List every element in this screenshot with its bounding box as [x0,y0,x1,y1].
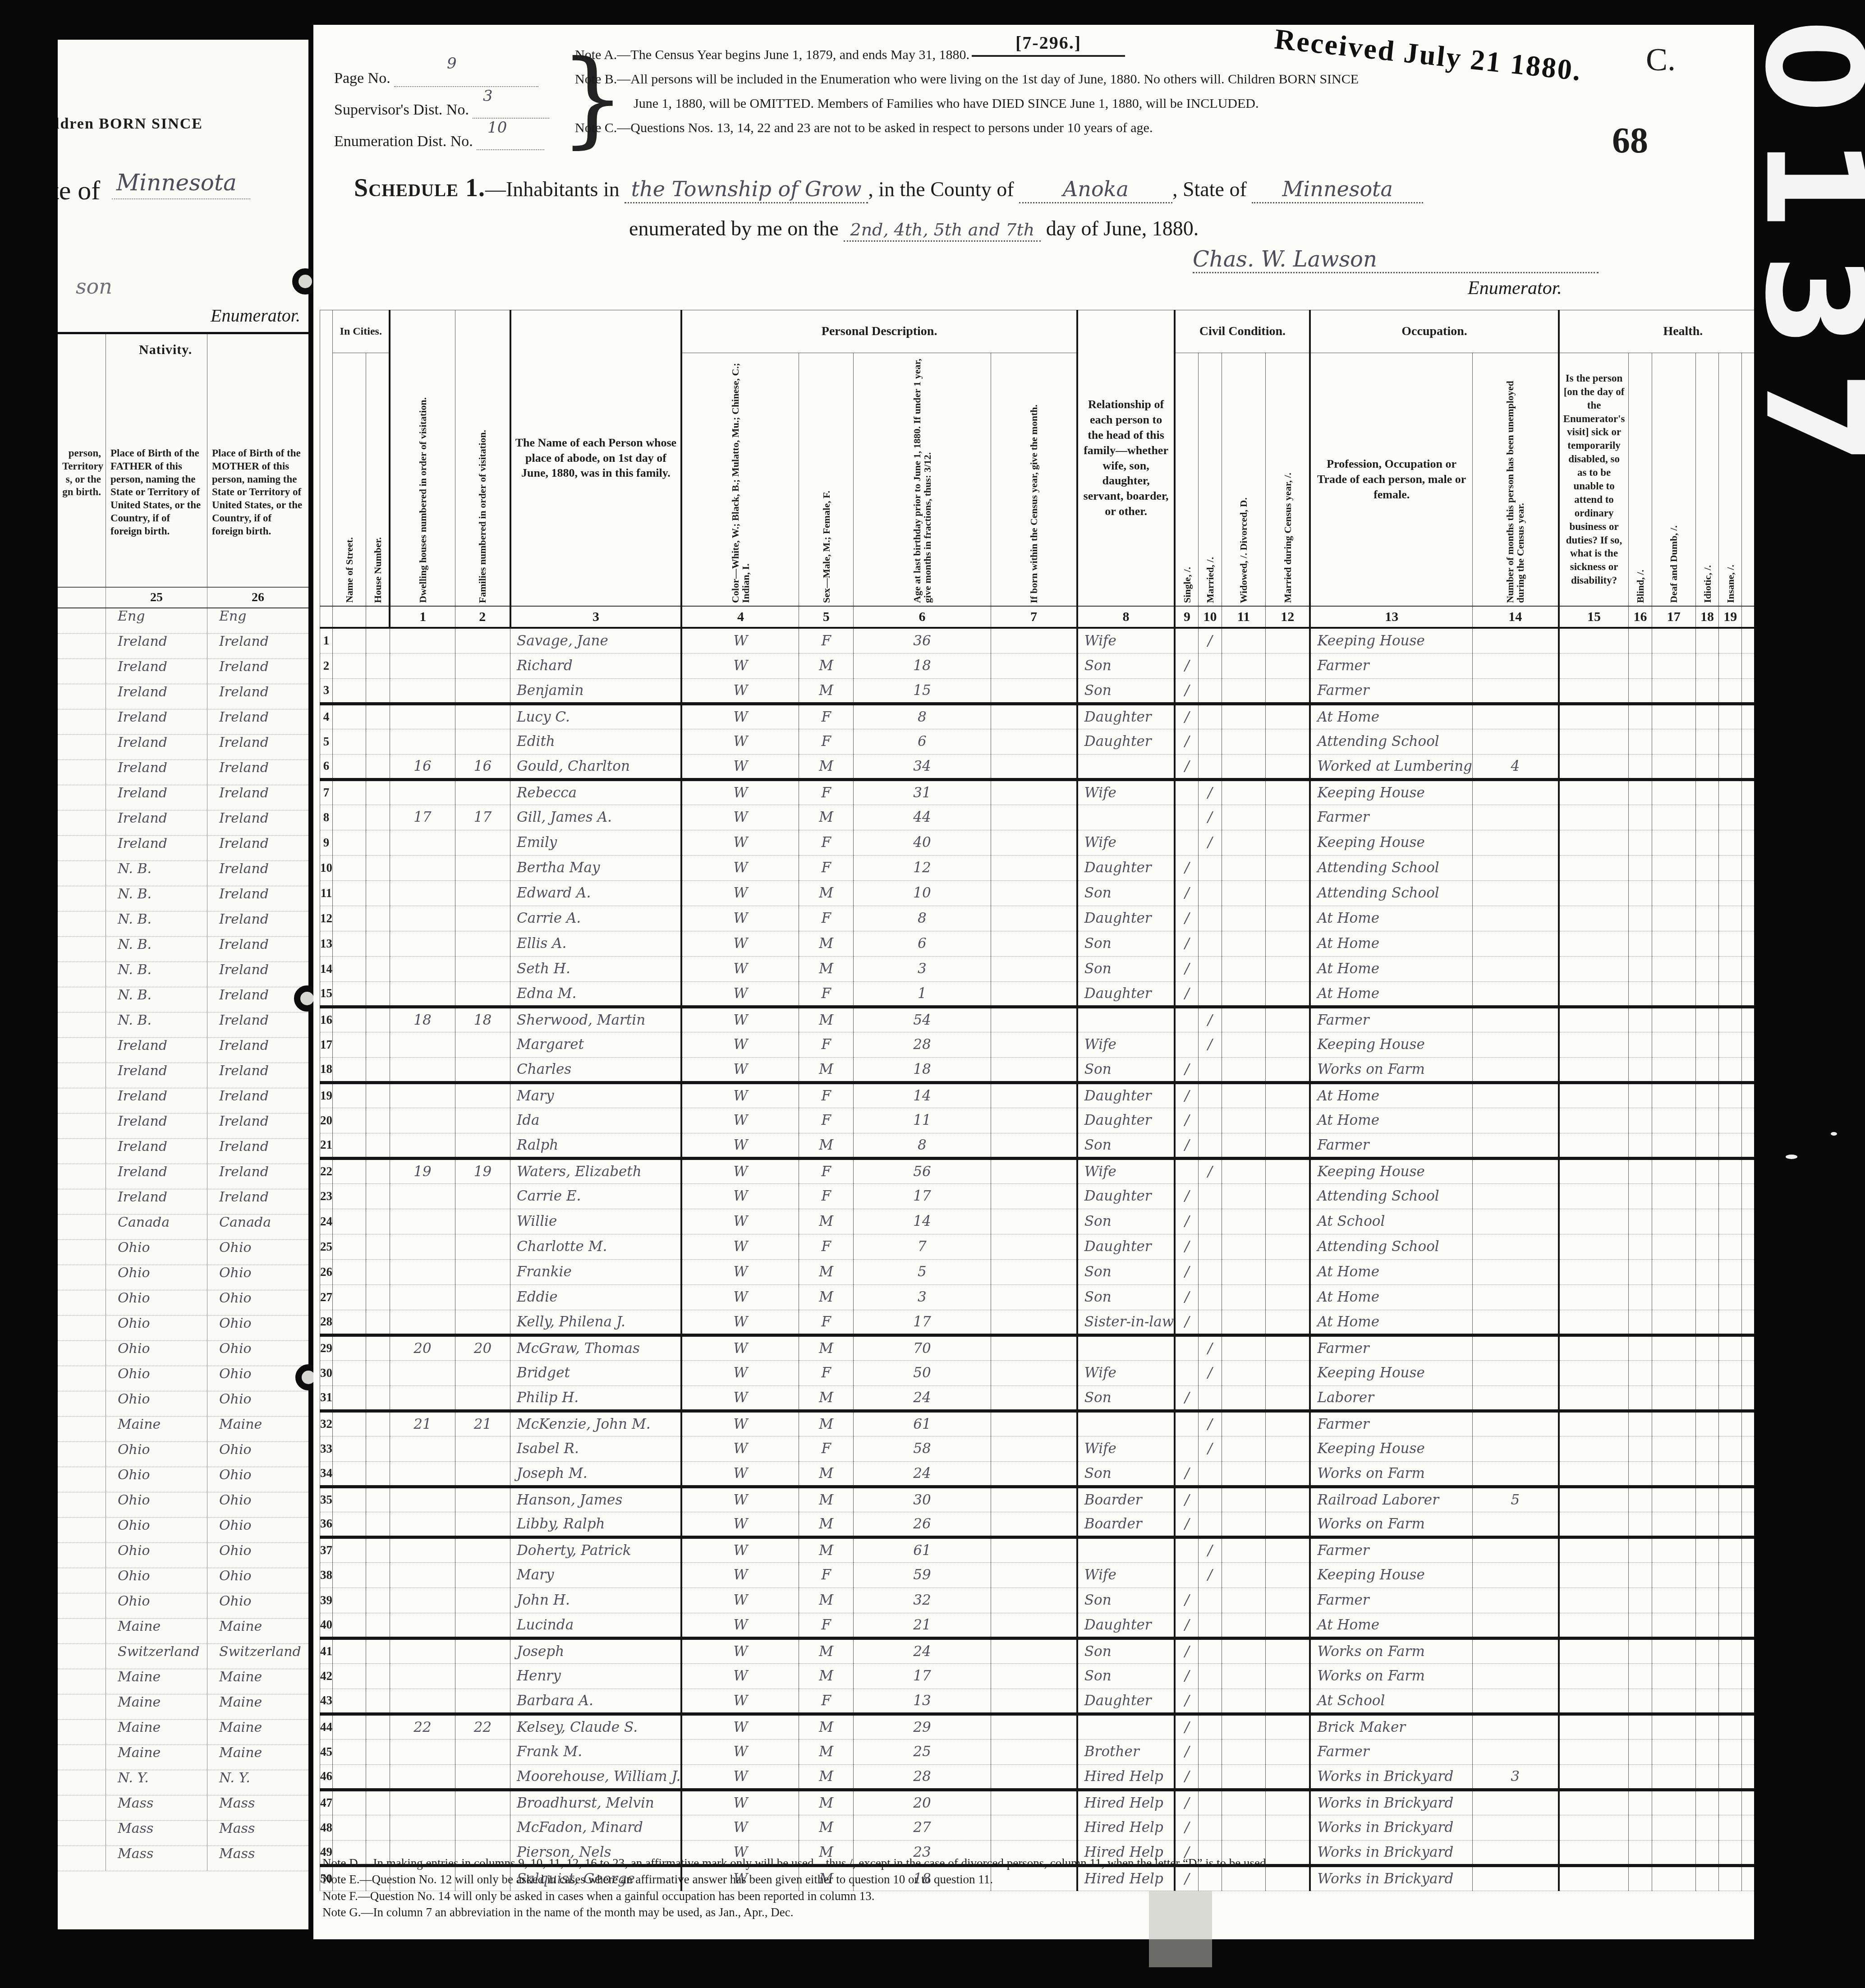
c10-header: Married, /. [1199,353,1222,607]
line-number-left: 33 [320,1436,333,1461]
occupation: At Home [1310,704,1472,729]
idiotic-mark [1696,678,1719,704]
blind-mark [1629,678,1652,704]
married-mark [1199,981,1222,1007]
color: W [681,1057,799,1082]
single-mark: / [1175,1689,1199,1714]
c6-header: Age at last birthday prior to June 1, 18… [853,353,991,607]
street-cell [333,1133,366,1158]
sickness [1559,1259,1629,1284]
married-mark [1199,1815,1222,1840]
maimed-mark [1742,805,1754,830]
widowed-mark [1222,678,1265,704]
relationship: Son [1077,1663,1175,1689]
blind-mark [1629,1158,1652,1183]
age: 12 [853,855,991,880]
line-number-left: 31 [320,1385,333,1411]
line-number-left: 48 [320,1815,333,1840]
unemployed-months [1472,1411,1558,1436]
deaf-dumb-mark [1652,1663,1695,1689]
line-number-left: 22 [320,1158,333,1183]
prev-mother-birthplace: Ireland [207,886,308,911]
prev-mother-birthplace: Ireland [207,836,308,861]
street-cell [333,1360,366,1385]
prev-father-birthplace: Mass [106,1846,207,1871]
relationship: Son [1077,1259,1175,1284]
relationship: Daughter [1077,1234,1175,1259]
relationship: Wife [1077,628,1175,653]
deaf-dumb-mark [1652,1790,1695,1815]
idiotic-mark [1696,628,1719,653]
age: 18 [853,653,991,678]
maimed-mark [1742,1360,1754,1385]
color: W [681,1108,799,1133]
insane-mark [1719,1133,1742,1158]
unemployed-months: 3 [1472,1764,1558,1790]
single-mark: / [1175,880,1199,906]
insane-mark [1719,1764,1742,1790]
unemployed-months [1472,906,1558,931]
street-cell [333,1310,366,1335]
line-number-left: 13 [320,931,333,956]
census-row-43: 43Barbara A.WF13Daughter/At School/Minn.… [320,1689,1755,1714]
street-cell [333,1689,366,1714]
sex: F [799,1562,853,1588]
column-number-12: 12 [1266,606,1310,628]
prev-row-10: IrelandIreland [58,836,308,861]
occupation: Keeping House [1310,1562,1472,1588]
insane-mark [1719,1638,1742,1663]
occupation: Works in Brickyard [1310,1790,1472,1815]
relationship: Son [1077,1057,1175,1082]
c17-header: Deaf and Dumb, /. [1652,353,1695,607]
deaf-dumb-mark [1652,1133,1695,1158]
widowed-mark [1222,653,1265,678]
prev-row-27: OhioOhio [58,1265,308,1290]
maimed-mark [1742,855,1754,880]
column-number-16: 16 [1629,606,1652,628]
deaf-dumb-mark [1652,653,1695,678]
prev-mother-birthplace: Ohio [207,1518,308,1542]
sickness [1559,1209,1629,1234]
age: 3 [853,1284,991,1310]
sex: M [799,1714,853,1739]
prev-father-birthplace: N. B. [106,962,207,987]
birth-month [991,1284,1077,1310]
relationship: Wife [1077,830,1175,855]
married-mark [1199,1108,1222,1133]
insane-mark [1719,1360,1742,1385]
enumeration-dist-value: 10 [487,119,507,137]
occupation: Keeping House [1310,628,1472,653]
sickness [1559,1613,1629,1638]
street-cell [333,1234,366,1259]
insane-mark [1719,906,1742,931]
color: W [681,1613,799,1638]
relationship: Hired Help [1077,1790,1175,1815]
occupation: At Home [1310,931,1472,956]
widowed-mark [1222,830,1265,855]
married-census-year-mark [1266,1638,1310,1663]
street-cell [333,1764,366,1790]
house-cell [366,1714,390,1739]
street-cell [333,1739,366,1764]
maimed-mark [1742,880,1754,906]
unemployed-months [1472,1133,1558,1158]
occupation: Laborer [1310,1385,1472,1411]
census-row-41: 41JosephWM24Son/Works on FarmN. Y.Irelan… [320,1638,1755,1663]
dwelling-number [390,1613,455,1638]
maimed-mark [1742,653,1754,678]
color: W [681,1032,799,1057]
single-mark [1175,1335,1199,1360]
house-cell [366,1158,390,1183]
family-number: 20 [455,1335,510,1360]
unemployed-months [1472,678,1558,704]
age: 13 [853,1689,991,1714]
family-number [455,1436,510,1461]
house-cell [366,1259,390,1284]
street-cell [333,1284,366,1310]
single-mark: / [1175,704,1199,729]
age: 25 [853,1739,991,1764]
supervisor-dist-value: 3 [483,87,493,105]
dwelling-number [390,704,455,729]
deaf-dumb-mark [1652,1007,1695,1032]
line-number-left: 8 [320,805,333,830]
sickness [1559,1007,1629,1032]
occupation: Attending School [1310,880,1472,906]
sickness [1559,1537,1629,1562]
age: 20 [853,1790,991,1815]
prev-state-label: te of [58,175,100,206]
prev-col23-fragment: person, Territory s, or the gn birth. [58,334,106,587]
dwelling-number: 16 [390,754,455,779]
married-mark: / [1199,1436,1222,1461]
color: W [681,754,799,779]
house-cell [366,1082,390,1108]
prev-father-birthplace: Ohio [106,1290,207,1315]
family-number [455,1512,510,1537]
prev-father-birthplace: Ireland [106,659,207,684]
age: 59 [853,1562,991,1588]
prev-father-birthplace: Maine [106,1619,207,1643]
line-number-left: 11 [320,880,333,906]
street-cell [333,1158,366,1183]
widowed-mark [1222,1663,1265,1689]
color: W [681,1234,799,1259]
color: W [681,1562,799,1588]
prev-row-39: OhioOhio [58,1568,308,1593]
widowed-mark [1222,1512,1265,1537]
line-number-left: 20 [320,1108,333,1133]
single-mark [1175,1007,1199,1032]
family-number [455,981,510,1007]
sex: M [799,1588,853,1613]
house-cell [366,779,390,805]
idiotic-mark [1696,931,1719,956]
maimed-mark [1742,1537,1754,1562]
line-number-left: 29 [320,1335,333,1360]
birth-month [991,1714,1077,1739]
color: W [681,678,799,704]
idiotic-mark [1696,830,1719,855]
married-mark [1199,1764,1222,1790]
birth-month [991,1764,1077,1790]
color: W [681,653,799,678]
birth-month [991,1613,1077,1638]
census-row-23: 23Carrie E.WF17Daughter/Attending School… [320,1183,1755,1209]
sex: M [799,1537,853,1562]
relationship [1077,1714,1175,1739]
unemployed-months [1472,1613,1558,1638]
person-name: Barbara A. [510,1689,682,1714]
house-cell [366,678,390,704]
sex: M [799,1057,853,1082]
prev-row-49: MassMass [58,1821,308,1846]
prev-mother-birthplace: Maine [207,1417,308,1441]
deaf-dumb-mark [1652,981,1695,1007]
line-number-left: 42 [320,1663,333,1689]
idiotic-mark [1696,1790,1719,1815]
street-cell [333,981,366,1007]
num-blank [366,606,390,628]
insane-mark [1719,653,1742,678]
film-strip-number: 0137 [1761,14,1865,483]
color: W [681,1436,799,1461]
sex: F [799,830,853,855]
column-number-15: 15 [1559,606,1629,628]
prev-mother-birthplace: Ohio [207,1467,308,1492]
idiotic-mark [1696,1562,1719,1588]
unemployed-months [1472,628,1558,653]
birth-month [991,1385,1077,1411]
color: W [681,1284,799,1310]
color: W [681,1537,799,1562]
sex: F [799,1436,853,1461]
scan-smudge [1149,1891,1212,1967]
census-row-18: 18CharlesWM18Son/Works on FarmMichiganCa… [320,1057,1755,1082]
line-number-left: 36 [320,1512,333,1537]
prev-mother-birthplace: Mass [207,1821,308,1845]
idiotic-mark [1696,1209,1719,1234]
relationship: Son [1077,1209,1175,1234]
prev-mother-birthplace: Ireland [207,911,308,936]
color: W [681,1158,799,1183]
married-mark [1199,1310,1222,1335]
family-number [455,830,510,855]
family-number [455,1284,510,1310]
color: W [681,779,799,805]
maimed-mark [1742,1764,1754,1790]
married-mark [1199,956,1222,981]
birth-month [991,981,1077,1007]
person-name: Edward A. [510,880,682,906]
prev-father-birthplace: Mass [106,1821,207,1845]
corner-letter: C. [1646,41,1676,78]
house-cell [366,1360,390,1385]
insane-mark [1719,779,1742,805]
prev-mother-birthplace: Ohio [207,1240,308,1265]
person-name: Moorehouse, William J. [510,1764,682,1790]
family-number [455,653,510,678]
married-mark [1199,931,1222,956]
idiotic-mark [1696,754,1719,779]
prev-father-birthplace: N. B. [106,987,207,1012]
married-census-year-mark [1266,830,1310,855]
col15-header: Is the person [on the day of the Enumera… [1559,353,1629,607]
married-mark [1199,1486,1222,1512]
insane-mark [1719,1032,1742,1057]
blind-mark [1629,1562,1652,1588]
house-cell [366,628,390,653]
prev-father-birthplace: Ireland [106,735,207,759]
single-mark: / [1175,1663,1199,1689]
blind-mark [1629,729,1652,754]
birth-month [991,805,1077,830]
occupation: Farmer [1310,678,1472,704]
person-name: Bertha May [510,855,682,880]
unemployed-months [1472,1638,1558,1663]
prev-father-birthplace: Ireland [106,1088,207,1113]
street-cell [333,1714,366,1739]
unemployed-months [1472,1562,1558,1588]
street-cell [333,1537,366,1562]
birth-month [991,1183,1077,1209]
age: 31 [853,779,991,805]
prev-mother-birthplace: Ireland [207,1164,308,1189]
relationship: Wife [1077,1158,1175,1183]
col13-header: Profession, Occupation or Trade of each … [1310,353,1472,607]
sickness [1559,1234,1629,1259]
widowed-mark [1222,855,1265,880]
single-mark: / [1175,1310,1199,1335]
family-number [455,779,510,805]
unemployed-months [1472,1032,1558,1057]
prev-mother-birthplace: N. Y. [207,1770,308,1795]
single-mark [1175,628,1199,653]
married-census-year-mark [1266,1335,1310,1360]
family-number [455,1689,510,1714]
married-mark [1199,1057,1222,1082]
line-number-left: 39 [320,1588,333,1613]
blind-mark [1629,1689,1652,1714]
married-census-year-mark [1266,1108,1310,1133]
single-mark: / [1175,931,1199,956]
unemployed-months [1472,1385,1558,1411]
relationship: Son [1077,653,1175,678]
line-number-left: 9 [320,830,333,855]
sex: M [799,678,853,704]
column-number-14: 14 [1472,606,1558,628]
sex: M [799,1815,853,1840]
dwelling-number: 21 [390,1411,455,1436]
prev-father-birthplace: Ireland [106,634,207,658]
prev-row-29: OhioOhio [58,1316,308,1341]
insane-mark [1719,1613,1742,1638]
relationship [1077,805,1175,830]
dwelling-number [390,779,455,805]
person-name: John H. [510,1588,682,1613]
prev-father-birthplace: N. B. [106,911,207,936]
deaf-dumb-mark [1652,931,1695,956]
age: 17 [853,1310,991,1335]
sickness [1559,678,1629,704]
relationship: Wife [1077,1436,1175,1461]
dwelling-number [390,1234,455,1259]
blind-mark [1629,1790,1652,1815]
family-number [455,1360,510,1385]
house-cell [366,1486,390,1512]
married-census-year-mark [1266,956,1310,981]
unemployed-months [1472,1082,1558,1108]
family-number [455,1486,510,1512]
deaf-dumb-mark [1652,1032,1695,1057]
deaf-dumb-mark [1652,1259,1695,1284]
census-row-6: 61616Gould, CharltonWM34/Worked at Lumbe… [320,754,1755,779]
single-mark: / [1175,1588,1199,1613]
prev-father-birthplace: Ireland [106,1063,207,1088]
relationship: Son [1077,1588,1175,1613]
deaf-dumb-mark [1652,880,1695,906]
person-name: Kelsey, Claude S. [510,1714,682,1739]
line-number-left: 4 [320,704,333,729]
occupation: At Home [1310,1259,1472,1284]
census-row-31: 31Philip H.WM24Son/LaborerWisconsinIrela… [320,1385,1755,1411]
census-page: [7-296.] Received July 21 1880. C. 68 Pa… [313,25,1754,1939]
color: W [681,931,799,956]
state-value-handwriting: Minnesota [1252,177,1423,203]
unemployed-months [1472,1158,1558,1183]
line-number-left: 14 [320,956,333,981]
prev-mother-birthplace: Ohio [207,1568,308,1593]
sex: F [799,1360,853,1385]
unemployed-months [1472,880,1558,906]
married-census-year-mark [1266,628,1310,653]
relationship: Son [1077,880,1175,906]
note-d: Note D.—In making entries in columns 9, … [322,1855,1675,1871]
sickness [1559,754,1629,779]
maimed-mark [1742,1183,1754,1209]
prev-father-birthplace: N. B. [106,861,207,886]
sheet-number: 68 [1612,120,1648,161]
maimed-mark [1742,1057,1754,1082]
maimed-mark [1742,956,1754,981]
county-value-handwriting: Anoka [1019,177,1172,203]
prev-father-birthplace: Maine [106,1669,207,1694]
census-row-9: 9EmilyWF40Wife/Keeping HouseMaineMaineMa… [320,830,1755,855]
family-number: 17 [455,805,510,830]
insane-mark [1719,1486,1742,1512]
house-cell [366,1133,390,1158]
sex: F [799,628,853,653]
prev-row-36: OhioOhio [58,1492,308,1518]
prev-father-birthplace: Ohio [106,1366,207,1391]
idiotic-mark [1696,1436,1719,1461]
census-row-47: 47Broadhurst, MelvinWM20Hired Help/Works… [320,1790,1755,1815]
single-mark [1175,1158,1199,1183]
census-row-19: 19MaryWF14Daughter/At Home/MichiganCanad… [320,1082,1755,1108]
sickness [1559,1310,1629,1335]
census-row-20: 20IdaWF11Daughter/At Home/MichiganCanada… [320,1108,1755,1133]
blind-mark [1629,830,1652,855]
maimed-mark [1742,1663,1754,1689]
widowed-mark [1222,1411,1265,1436]
prev-row-28: OhioOhio [58,1290,308,1316]
family-number [455,1209,510,1234]
street-cell [333,880,366,906]
census-table: In Cities.Dwelling houses numbered in or… [320,310,1754,1891]
